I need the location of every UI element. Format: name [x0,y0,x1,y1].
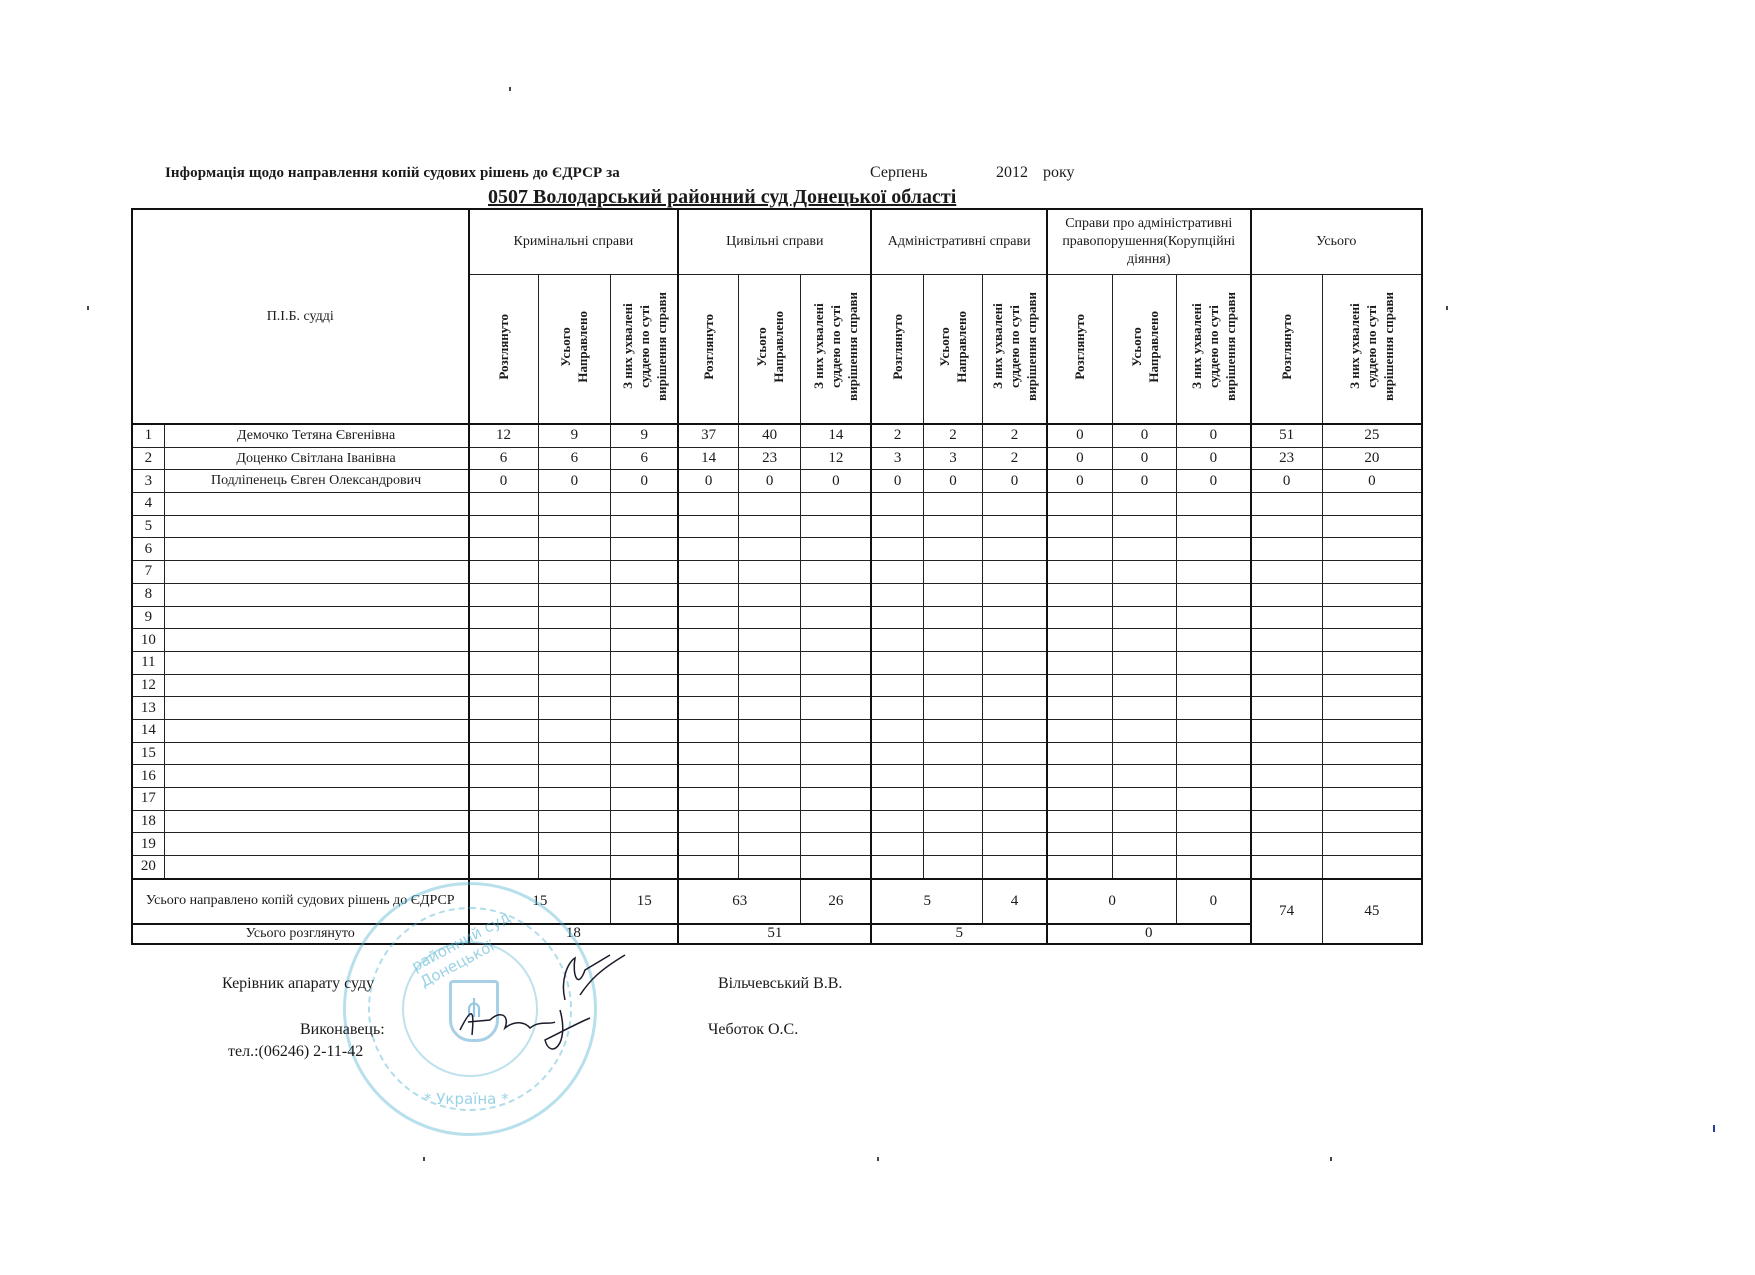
cell-value [1112,719,1176,742]
cell-value [611,697,679,720]
cell-value [1047,719,1112,742]
cell-value: 14 [801,424,872,447]
row-number: 3 [132,470,164,493]
subheader-administrative-sent: Усього Направлено [923,275,982,425]
cell-value [1047,651,1112,674]
cell-value [871,788,923,811]
cell-value: 0 [1177,470,1251,493]
cell-value [1047,833,1112,856]
cell-value [538,651,611,674]
cell-value [923,856,982,879]
cell-value: 0 [1112,470,1176,493]
subheader-total-considered: Розглянуто [1251,275,1323,425]
cell-value [1251,833,1323,856]
cell-value [678,538,738,561]
judge-name [164,583,468,606]
cell-value [739,719,801,742]
cell-value [1047,697,1112,720]
cell-value [1322,856,1422,879]
report-month: Серпень [870,164,928,182]
cell-value [1322,651,1422,674]
cell-value [739,629,801,652]
subheader-criminal-decided: З них ухвалені суддею по суті вирішення … [611,275,679,425]
cell-value [1177,833,1251,856]
cell-value [871,765,923,788]
cell-value [678,583,738,606]
row-number: 1 [132,424,164,447]
subheader-criminal-sent: Усього Направлено [538,275,611,425]
judge-name: Демочко Тетяна Євгенівна [164,424,468,447]
cell-value [538,765,611,788]
table-row: 5 [132,515,1422,538]
cell-value: 12 [801,447,872,470]
cell-value [1112,493,1176,516]
judge-name [164,833,468,856]
row-number: 7 [132,561,164,584]
cell-value [1251,788,1323,811]
cell-value: 9 [538,424,611,447]
cell-value [469,629,539,652]
cell-value [469,561,539,584]
cell-value [1322,493,1422,516]
cell-value: 23 [1251,447,1323,470]
cell-value [739,674,801,697]
cell-value: 2 [923,424,982,447]
cell-value [871,833,923,856]
cell-value [678,788,738,811]
cell-value: 51 [1251,424,1323,447]
cell-value: 0 [983,470,1047,493]
cell-value [469,674,539,697]
cell-value [678,742,738,765]
corruption-decided-total: 0 [1177,879,1251,924]
cell-value [1112,561,1176,584]
cell-value [983,515,1047,538]
cell-value [871,651,923,674]
cell-value [871,742,923,765]
cell-value: 6 [469,447,539,470]
cell-value [1177,674,1251,697]
subheader-corruption-considered: Розглянуто [1047,275,1112,425]
subheader-corruption-decided: З них ухвалені суддею по суті вирішення … [1177,275,1251,425]
cell-value [801,719,872,742]
cell-value [538,833,611,856]
cell-value [538,538,611,561]
cell-value [739,810,801,833]
cell-value [1112,629,1176,652]
cell-value [739,493,801,516]
admin-considered-total: 5 [871,924,1047,944]
cell-value [1047,674,1112,697]
corruption-sent-total: 0 [1047,879,1177,924]
cell-value [469,583,539,606]
civil-sent-total: 63 [678,879,801,924]
table-row: 11 [132,651,1422,674]
cell-value [801,583,872,606]
cell-value [801,788,872,811]
table-row: 13 [132,697,1422,720]
cell-value [923,606,982,629]
cell-value [611,515,679,538]
court-name: 0507 Володарський районний суд Донецької… [488,186,956,209]
cell-value [983,493,1047,516]
table-row: 20 [132,856,1422,879]
cell-value [1112,856,1176,879]
cell-value [739,651,801,674]
cell-value [1251,561,1323,584]
cell-value: 6 [611,447,679,470]
report-year-suffix: року [1043,164,1075,182]
cell-value [739,561,801,584]
cell-value [739,697,801,720]
cell-value [923,583,982,606]
cell-value [538,583,611,606]
cell-value [678,651,738,674]
cell-value: 40 [739,424,801,447]
cell-value: 3 [923,447,982,470]
cell-value [739,538,801,561]
cell-value [1322,788,1422,811]
cell-value [1112,606,1176,629]
cell-value [871,583,923,606]
cell-value [469,606,539,629]
cell-value [801,493,872,516]
cell-value [923,697,982,720]
judge-name [164,515,468,538]
cell-value [678,810,738,833]
cell-value [739,583,801,606]
cell-value [1047,765,1112,788]
subheader-corruption-sent: Усього Направлено [1112,275,1176,425]
cell-value: 0 [1177,424,1251,447]
cell-value [739,606,801,629]
cell-value [469,538,539,561]
cell-value [1177,538,1251,561]
cell-value [1322,606,1422,629]
cell-value [611,833,679,856]
row-number: 15 [132,742,164,765]
cell-value [801,515,872,538]
stamp-bottom-text: * Україна * [424,1090,509,1108]
cell-value [1322,742,1422,765]
cell-value [611,561,679,584]
cell-value [923,788,982,811]
row-number: 20 [132,856,164,879]
cell-value [871,697,923,720]
cell-value [611,629,679,652]
cell-value [739,765,801,788]
cell-value [1251,856,1323,879]
judge-name [164,629,468,652]
executor-name: Чеботок О.С. [708,1021,798,1039]
cell-value: 9 [611,424,679,447]
cell-value [871,629,923,652]
report-year: 2012 [996,164,1028,182]
cell-value [983,719,1047,742]
cell-value [1322,583,1422,606]
cell-value [983,583,1047,606]
row-number: 11 [132,651,164,674]
group-civil: Цивільні справи [678,209,871,275]
judge-name [164,561,468,584]
cell-value [538,788,611,811]
civil-considered-total: 51 [678,924,871,944]
cell-value [538,629,611,652]
cell-value: 0 [871,470,923,493]
cell-value [1251,583,1323,606]
cell-value [469,810,539,833]
cell-value [923,561,982,584]
civil-decided-total: 26 [801,879,872,924]
cell-value [1177,719,1251,742]
grand-total-considered: 74 [1251,879,1323,944]
cell-value [983,765,1047,788]
cell-value [1112,697,1176,720]
cell-value [469,697,539,720]
cell-value [1047,561,1112,584]
subheader-administrative-decided: З них ухвалені суддею по суті вирішення … [983,275,1047,425]
subheader-total-decided: З них ухвалені суддею по суті вирішення … [1322,275,1422,425]
cell-value [1322,561,1422,584]
cell-value [1251,810,1323,833]
cell-value [678,606,738,629]
group-corruption: Справи про адміністративні правопорушенн… [1047,209,1251,275]
cell-value: 2 [871,424,923,447]
row-number: 10 [132,629,164,652]
table-row: 6 [132,538,1422,561]
subheader-criminal-considered: Розглянуто [469,275,539,425]
cell-value [1322,697,1422,720]
cell-value [678,765,738,788]
cell-value [1047,810,1112,833]
cell-value [678,856,738,879]
judge-name [164,742,468,765]
table-row: 14 [132,719,1422,742]
executor-label: Виконавець: [300,1021,385,1039]
table-row: 2Доценко Світлана Іванівна66614231233200… [132,447,1422,470]
cell-value [1177,629,1251,652]
cell-value [1047,515,1112,538]
cell-value [1251,538,1323,561]
cell-value [1177,515,1251,538]
cell-value [1251,742,1323,765]
cell-value [678,561,738,584]
cell-value [469,719,539,742]
cell-value [1177,765,1251,788]
cell-value [983,651,1047,674]
cell-value [1112,515,1176,538]
cell-value [923,493,982,516]
cell-value [871,515,923,538]
cell-value [923,742,982,765]
table-row: 16 [132,765,1422,788]
cell-value [1322,538,1422,561]
table-row: 10 [132,629,1422,652]
cell-value [1112,833,1176,856]
cell-value [1177,561,1251,584]
cell-value [611,742,679,765]
cell-value [871,538,923,561]
cell-value: 3 [871,447,923,470]
cell-value [1112,765,1176,788]
cell-value [1251,629,1323,652]
cell-value [1112,810,1176,833]
cell-value [538,742,611,765]
cell-value [983,833,1047,856]
cell-value [923,765,982,788]
cell-value [801,742,872,765]
cell-value [469,788,539,811]
cell-value [871,493,923,516]
cell-value [801,833,872,856]
cell-value [923,538,982,561]
cell-value [871,856,923,879]
cell-value [1177,742,1251,765]
table-row: 8 [132,583,1422,606]
cell-value [983,629,1047,652]
cell-value: 0 [923,470,982,493]
cell-value: 0 [1112,447,1176,470]
cell-value: 2 [983,447,1047,470]
cell-value [871,674,923,697]
cell-value [469,651,539,674]
cell-value [801,629,872,652]
cell-value [1322,515,1422,538]
cell-value: 0 [469,470,539,493]
cell-value [1251,719,1323,742]
table-row: 15 [132,742,1422,765]
cell-value: 0 [538,470,611,493]
cell-value [1047,493,1112,516]
cell-value [801,561,872,584]
cell-value [983,788,1047,811]
cell-value [871,810,923,833]
row-number: 12 [132,674,164,697]
subheader-civil-considered: Розглянуто [678,275,738,425]
judge-name: Подліпенець Євген Олександрович [164,470,468,493]
judge-name [164,651,468,674]
cell-value [1112,742,1176,765]
cell-value [611,719,679,742]
cell-value [1177,810,1251,833]
cell-value [983,561,1047,584]
cell-value [611,538,679,561]
admin-sent-total: 5 [871,879,982,924]
subheader-civil-sent: Усього Направлено [739,275,801,425]
judge-name [164,493,468,516]
judge-name [164,719,468,742]
cell-value [1322,719,1422,742]
cell-value: 0 [801,470,872,493]
cell-value [469,765,539,788]
table-row: 3Подліпенець Євген Олександрович00000000… [132,470,1422,493]
admin-decided-total: 4 [983,879,1047,924]
cell-value: 12 [469,424,539,447]
cell-value [983,538,1047,561]
judge-name [164,765,468,788]
table-row: 17 [132,788,1422,811]
row-number: 17 [132,788,164,811]
cell-value: 0 [1112,424,1176,447]
cell-value [923,719,982,742]
cell-value [1177,493,1251,516]
cell-value: 25 [1322,424,1422,447]
cell-value [739,515,801,538]
cell-value [1177,856,1251,879]
cell-value [469,856,539,879]
table-row: 12 [132,674,1422,697]
row-number: 19 [132,833,164,856]
judge-name [164,697,468,720]
cell-value [801,538,872,561]
table-row: 9 [132,606,1422,629]
cell-value [1047,788,1112,811]
group-criminal: Кримінальні справи [469,209,679,275]
cell-value: 0 [1251,470,1323,493]
cell-value [678,493,738,516]
signatures-icon [450,950,670,1060]
judge-name [164,538,468,561]
cell-value [538,561,611,584]
cell-value [538,719,611,742]
cell-value [983,810,1047,833]
row-number: 8 [132,583,164,606]
row-number: 13 [132,697,164,720]
cell-value [1177,697,1251,720]
cell-value: 0 [611,470,679,493]
cell-value [1047,742,1112,765]
table-row: 4 [132,493,1422,516]
row-number: 2 [132,447,164,470]
table-row: 7 [132,561,1422,584]
judge-name [164,674,468,697]
grand-total-decided: 45 [1322,879,1422,944]
row-number: 9 [132,606,164,629]
cell-value [871,561,923,584]
cell-value [1251,493,1323,516]
cell-value [1177,651,1251,674]
cell-value [801,651,872,674]
cell-value [983,856,1047,879]
cell-value [1047,538,1112,561]
cell-value [1251,765,1323,788]
cell-value [739,856,801,879]
cell-value [469,515,539,538]
cell-value: 0 [1047,470,1112,493]
report-title: Інформація щодо направлення копій судови… [165,165,620,182]
judge-name [164,606,468,629]
cell-value: 37 [678,424,738,447]
cell-value [611,765,679,788]
cell-value [611,493,679,516]
cell-value [538,493,611,516]
cell-value: 0 [1047,447,1112,470]
cell-value [871,606,923,629]
cell-value [1251,674,1323,697]
judge-name [164,788,468,811]
report-table: П.І.Б. судді Кримінальні справи Цивільні… [131,208,1423,945]
corruption-considered-total: 0 [1047,924,1251,944]
cell-value: 6 [538,447,611,470]
head-label: Керівник апарату суду [222,975,374,993]
cell-value [739,788,801,811]
cell-value [1047,856,1112,879]
cell-value [678,515,738,538]
row-number: 4 [132,493,164,516]
cell-value [611,674,679,697]
cell-value [983,674,1047,697]
cell-value [1177,583,1251,606]
